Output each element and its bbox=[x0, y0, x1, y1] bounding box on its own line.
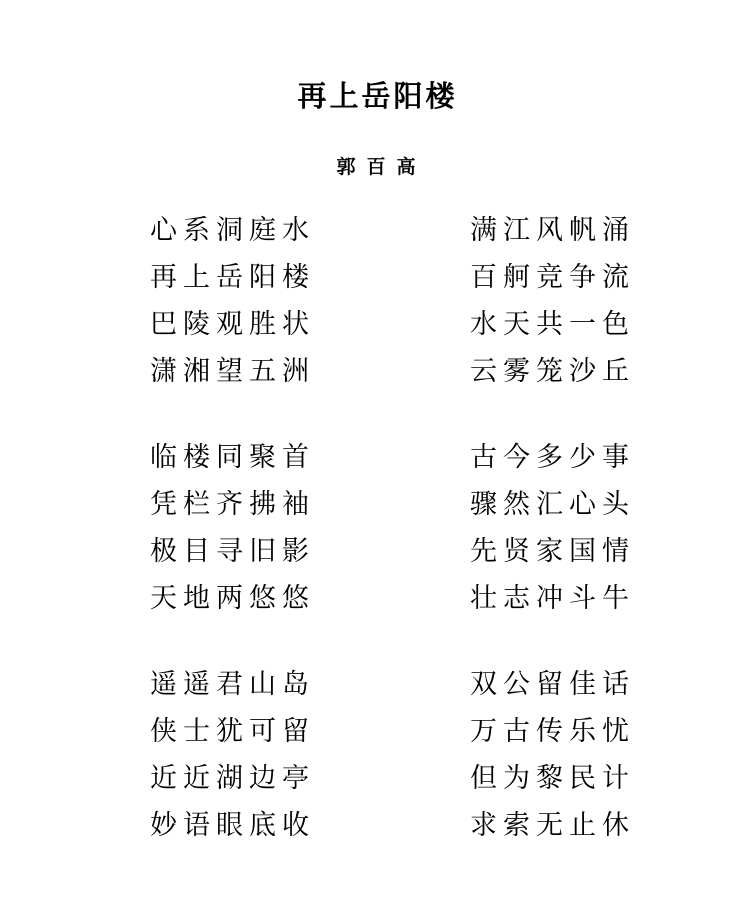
poem-line: 水天共一色 bbox=[470, 301, 752, 348]
poem-line: 临楼同聚首 bbox=[150, 434, 470, 481]
poem-line: 壮志冲斗牛 bbox=[470, 575, 752, 622]
poem-line: 极目寻旧影 bbox=[150, 528, 470, 575]
poem-line: 妙语眼底收 bbox=[150, 802, 470, 849]
poem-line: 百舸竞争流 bbox=[470, 254, 752, 301]
poem-line: 云雾笼沙丘 bbox=[470, 348, 752, 395]
stanza-1: 心系洞庭水 满江风帆涌 再上岳阳楼 百舸竞争流 巴陵观胜状 水天共一色 潇湘望五… bbox=[150, 207, 752, 395]
poem-line: 天地两悠悠 bbox=[150, 575, 470, 622]
poem-line: 遥遥君山岛 bbox=[150, 661, 470, 708]
poem-line: 心系洞庭水 bbox=[150, 207, 470, 254]
poem-line: 古今多少事 bbox=[470, 434, 752, 481]
poem-line: 万古传乐忧 bbox=[470, 708, 752, 755]
poem-line: 满江风帆涌 bbox=[470, 207, 752, 254]
stanza-3: 遥遥君山岛 双公留佳话 侠士犹可留 万古传乐忧 近近湖边亭 但为黎民计 妙语眼底… bbox=[150, 661, 752, 849]
poem-line: 凭栏齐拂袖 bbox=[150, 481, 470, 528]
poem-line: 双公留佳话 bbox=[470, 661, 752, 708]
poem-author: 郭百高 bbox=[0, 158, 752, 179]
poem-line: 侠士犹可留 bbox=[150, 708, 470, 755]
poem-line: 近近湖边亭 bbox=[150, 755, 470, 802]
poem-line: 潇湘望五洲 bbox=[150, 348, 470, 395]
poem-line: 求索无止休 bbox=[470, 802, 752, 849]
poem-body: 心系洞庭水 满江风帆涌 再上岳阳楼 百舸竞争流 巴陵观胜状 水天共一色 潇湘望五… bbox=[150, 207, 752, 849]
stanza-2: 临楼同聚首 古今多少事 凭栏齐拂袖 骤然汇心头 极目寻旧影 先贤家国情 天地两悠… bbox=[150, 434, 752, 622]
poem-line: 再上岳阳楼 bbox=[150, 254, 470, 301]
poem-title: 再上岳阳楼 bbox=[0, 0, 752, 114]
poem-line: 骤然汇心头 bbox=[470, 481, 752, 528]
document-page: 再上岳阳楼 郭百高 心系洞庭水 满江风帆涌 再上岳阳楼 百舸竞争流 巴陵观胜状 … bbox=[0, 0, 752, 912]
poem-line: 巴陵观胜状 bbox=[150, 301, 470, 348]
poem-line: 先贤家国情 bbox=[470, 528, 752, 575]
poem-line: 但为黎民计 bbox=[470, 755, 752, 802]
